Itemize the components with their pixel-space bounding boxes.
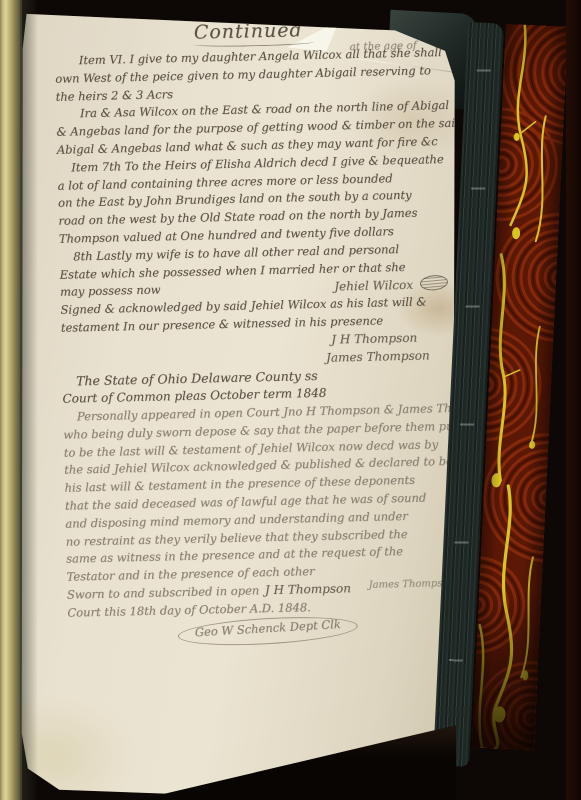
insertion-note: at the age of	[349, 38, 416, 57]
left-page-edges	[0, 0, 22, 800]
cover-edge-dark	[566, 0, 581, 800]
line-text: may possess now	[60, 282, 161, 302]
book-photo: Continued Item VI. I give to my daughter…	[0, 0, 581, 800]
handwritten-text: Continued Item VI. I give to my daughter…	[46, 15, 464, 640]
seal-scribble	[419, 274, 448, 292]
gutter-shadow	[20, 0, 38, 800]
signature-name: Jehiel Wilcox	[334, 278, 413, 294]
signature-name: J H Thompson	[265, 581, 351, 597]
manuscript-page: Continued Item VI. I give to my daughter…	[20, 10, 456, 796]
